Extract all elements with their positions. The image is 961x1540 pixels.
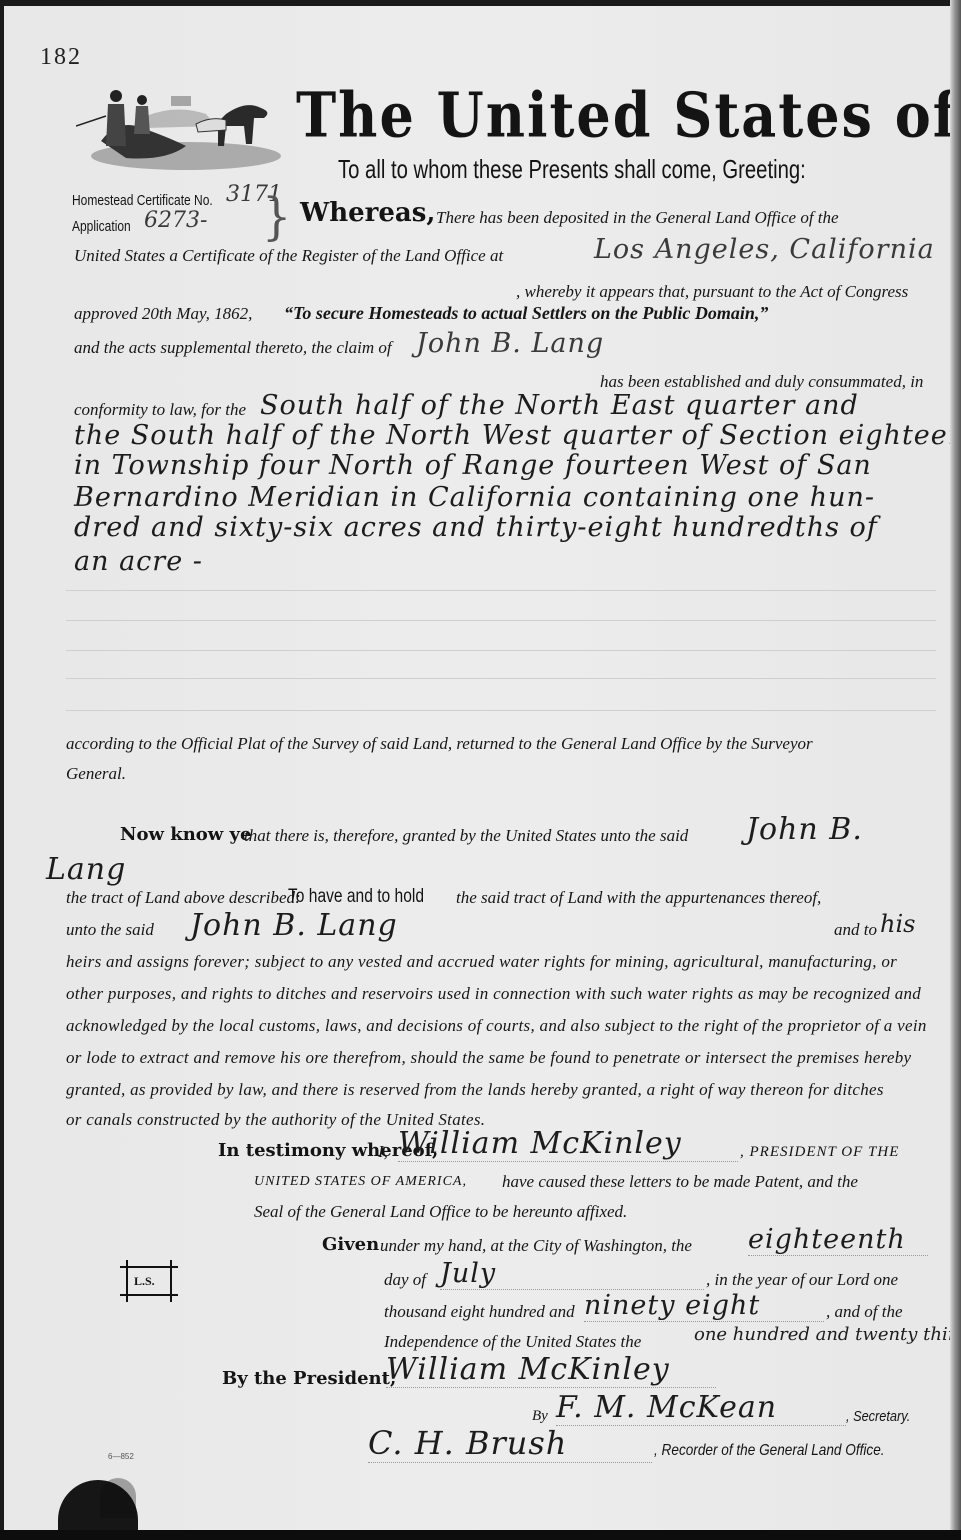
grant-line-4-suffix: and to bbox=[834, 920, 877, 940]
land-description-line-6: an acre - bbox=[74, 546, 203, 577]
given-year-words: ninety eight bbox=[584, 1290, 824, 1322]
given-line-4-prefix: Independence of the United States the bbox=[384, 1332, 641, 1352]
application-label: Application bbox=[72, 218, 131, 235]
claimant-name: John B. Lang bbox=[416, 328, 604, 359]
given-line-2-prefix: day of bbox=[384, 1270, 426, 1290]
seal-label: L.S. bbox=[134, 1274, 155, 1289]
seal-placeholder: L.S. bbox=[120, 1266, 178, 1296]
grant-body-line-1: heirs and assigns forever; subject to an… bbox=[66, 952, 897, 972]
given-line-3-suffix: , and of the bbox=[826, 1302, 903, 1322]
act-date: approved 20th May, 1862, bbox=[74, 304, 252, 324]
grant-line-4-prefix: unto the said bbox=[66, 920, 154, 940]
whereas-line-2: United States a Certificate of the Regis… bbox=[74, 246, 503, 266]
given-line-3-prefix: thousand eight hundred and bbox=[384, 1302, 575, 1322]
document-title: The United States of America, bbox=[296, 78, 961, 152]
recorder-signature: C. H. Brush bbox=[368, 1424, 652, 1463]
survey-line-1: according to the Official Plat of the Su… bbox=[66, 734, 813, 754]
given-line-2-suffix: , in the year of our Lord one bbox=[706, 1270, 898, 1290]
secretary-signature: F. M. McKean bbox=[556, 1390, 846, 1426]
form-number: 6—852 bbox=[108, 1452, 134, 1461]
document-page: 182 The United States of America, To all… bbox=[4, 6, 950, 1530]
ruled-line bbox=[66, 678, 936, 679]
grant-line-1: that there is, therefore, granted by the… bbox=[244, 826, 688, 846]
grant-body-line-3: acknowledged by the local customs, laws,… bbox=[66, 1016, 927, 1036]
whereas-line-5: and the acts supplemental thereto, the c… bbox=[74, 338, 392, 358]
greeting-line: To all to whom these Presents shall come… bbox=[338, 154, 806, 185]
given-day: eighteenth bbox=[748, 1224, 928, 1256]
testimony-prefix: I, bbox=[378, 1142, 388, 1162]
whereas-heading: Whereas, bbox=[300, 198, 435, 228]
grant-body-line-4: or lode to extract and remove his ore th… bbox=[66, 1048, 911, 1068]
president-signature: William McKinley bbox=[386, 1352, 716, 1388]
recorder-title: , Recorder of the General Land Office. bbox=[654, 1442, 885, 1460]
to-have-and-to-hold: To have and to hold bbox=[288, 886, 424, 908]
grant-body-line-5: granted, as provided by law, and there i… bbox=[66, 1080, 884, 1100]
by-the-president-label: By the President, bbox=[222, 1368, 396, 1389]
ruled-line bbox=[66, 650, 936, 651]
president-name: William McKinley bbox=[398, 1126, 738, 1162]
testimony-line-3: Seal of the General Land Office to be he… bbox=[254, 1202, 627, 1222]
grant-body-line-2: other purposes, and rights to ditches an… bbox=[66, 984, 921, 1004]
whereas-line-6: has been established and duly consummate… bbox=[600, 372, 923, 392]
testimony-line-2-rest: have caused these letters to be made Pat… bbox=[502, 1172, 858, 1192]
grant-line-3a: the tract of Land above described: bbox=[66, 888, 301, 908]
grantee-name-part-1: John B. bbox=[746, 812, 863, 847]
farm-vignette-illustration bbox=[76, 86, 281, 174]
whereas-line-7: conformity to law, for the bbox=[74, 400, 246, 420]
ruled-line bbox=[66, 710, 936, 711]
page-edge-shadow bbox=[950, 0, 961, 1540]
act-title: “To secure Homesteads to actual Settlers… bbox=[284, 303, 768, 324]
independence-year: one hundred and twenty third bbox=[694, 1324, 961, 1345]
application-number: 6273- bbox=[144, 208, 207, 233]
now-know-ye-heading: Now know ye bbox=[120, 824, 251, 845]
secretary-title: , Secretary. bbox=[846, 1408, 910, 1425]
land-description-line-5: dred and sixty-six acres and thirty-eigh… bbox=[74, 512, 878, 543]
scan-bottom-edge bbox=[0, 1530, 961, 1540]
page-number: 182 bbox=[40, 44, 82, 71]
land-description-line-3: in Township four North of Range fourteen… bbox=[74, 450, 872, 481]
ruled-line bbox=[66, 620, 936, 621]
brace-icon: } bbox=[262, 186, 291, 245]
whereas-line-3: , whereby it appears that, pursuant to t… bbox=[516, 282, 908, 302]
land-office-location: Los Angeles, California bbox=[594, 234, 935, 265]
grantee-name-part-2: Lang bbox=[46, 852, 126, 887]
ruled-line bbox=[66, 590, 936, 591]
by-label: By bbox=[532, 1408, 548, 1425]
homestead-certificate-label: Homestead Certificate No. bbox=[72, 192, 213, 209]
grantee-full-name: John B. Lang bbox=[190, 908, 398, 943]
grantee-pronoun: his bbox=[880, 910, 915, 938]
president-title: , PRESIDENT OF THE bbox=[740, 1144, 899, 1161]
land-description-line-2: the South half of the North West quarter… bbox=[74, 420, 961, 451]
whereas-line-1: There has been deposited in the General … bbox=[436, 208, 839, 228]
given-month: July bbox=[440, 1258, 704, 1290]
grant-line-3c: the said tract of Land with the appurten… bbox=[456, 888, 821, 908]
land-description-line-4: Bernardino Meridian in California contai… bbox=[74, 482, 875, 513]
given-line-1: under my hand, at the City of Washington… bbox=[380, 1236, 692, 1256]
survey-line-2: General. bbox=[66, 764, 126, 784]
testimony-line-2-caps: UNITED STATES OF AMERICA, bbox=[254, 1174, 467, 1190]
given-heading: Given bbox=[322, 1234, 379, 1255]
land-description-line-1: South half of the North East quarter and bbox=[260, 390, 859, 421]
